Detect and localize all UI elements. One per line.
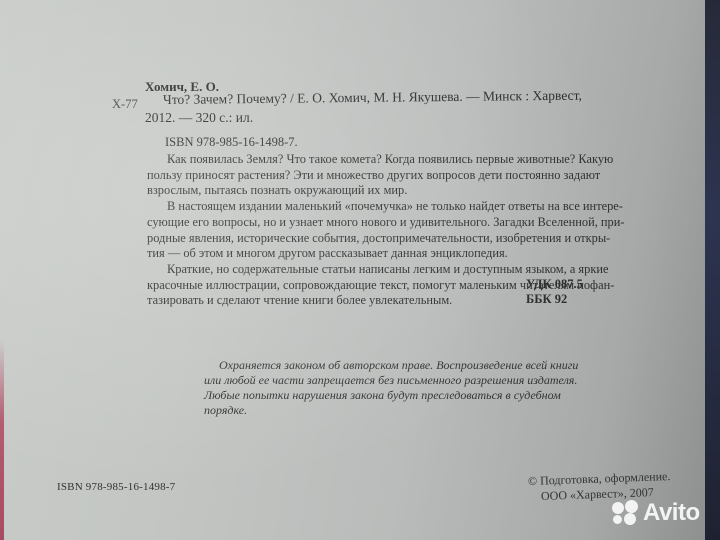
bib-isbn: ISBN 978-985-16-1498-7.: [165, 135, 298, 150]
page-pink-edge: [0, 340, 4, 540]
copyright-line: Любые попытки нарушения закона будут пре…: [204, 388, 559, 403]
copyright-line: Охраняется законом об авторском праве. В…: [204, 358, 559, 373]
bbk-code: ББК 92: [526, 292, 567, 307]
avito-brand-text: Avito: [643, 499, 700, 527]
bib-classification-code: Х-77: [112, 97, 138, 112]
copyright-line: или любой ее части запрещается без письм…: [204, 373, 559, 388]
copyright-notice: Охраняется законом об авторском праве. В…: [204, 358, 559, 418]
bib-title-line-2: 2012. — 320 с.: ил.: [145, 110, 253, 126]
copyright-line: порядке.: [204, 403, 559, 418]
annotation-line: пользу приносят растения? Эти и множеств…: [147, 168, 602, 184]
annotation-line: сующие его вопросы, но и узнает много но…: [147, 215, 602, 231]
bib-title-line-1: Что? Зачем? Почему? / Е. О. Хомич, М. Н.…: [163, 88, 582, 108]
annotation-line: взрослым, пытаясь познать окружающий их …: [147, 183, 602, 199]
annotation-line: Как появилась Земля? Что такое комета? К…: [147, 152, 602, 168]
annotation-line: В настоящем издании маленький «почемучка…: [147, 199, 602, 215]
footer-isbn: ISBN 978-985-16-1498-7: [57, 481, 175, 493]
avito-dots-icon: [612, 500, 640, 526]
annotation-line: Краткие, но содержательные статьи написа…: [147, 262, 602, 278]
annotation-line: родные явления, исторические события, до…: [147, 231, 602, 247]
book-page: Хомич, Е. О. Х-77 Что? Зачем? Почему? / …: [0, 0, 705, 540]
avito-watermark: Avito: [612, 499, 700, 527]
annotation-line: тия — об этом и многом другом рассказыва…: [147, 246, 602, 262]
udk-code: УДК 087.5: [526, 277, 583, 292]
